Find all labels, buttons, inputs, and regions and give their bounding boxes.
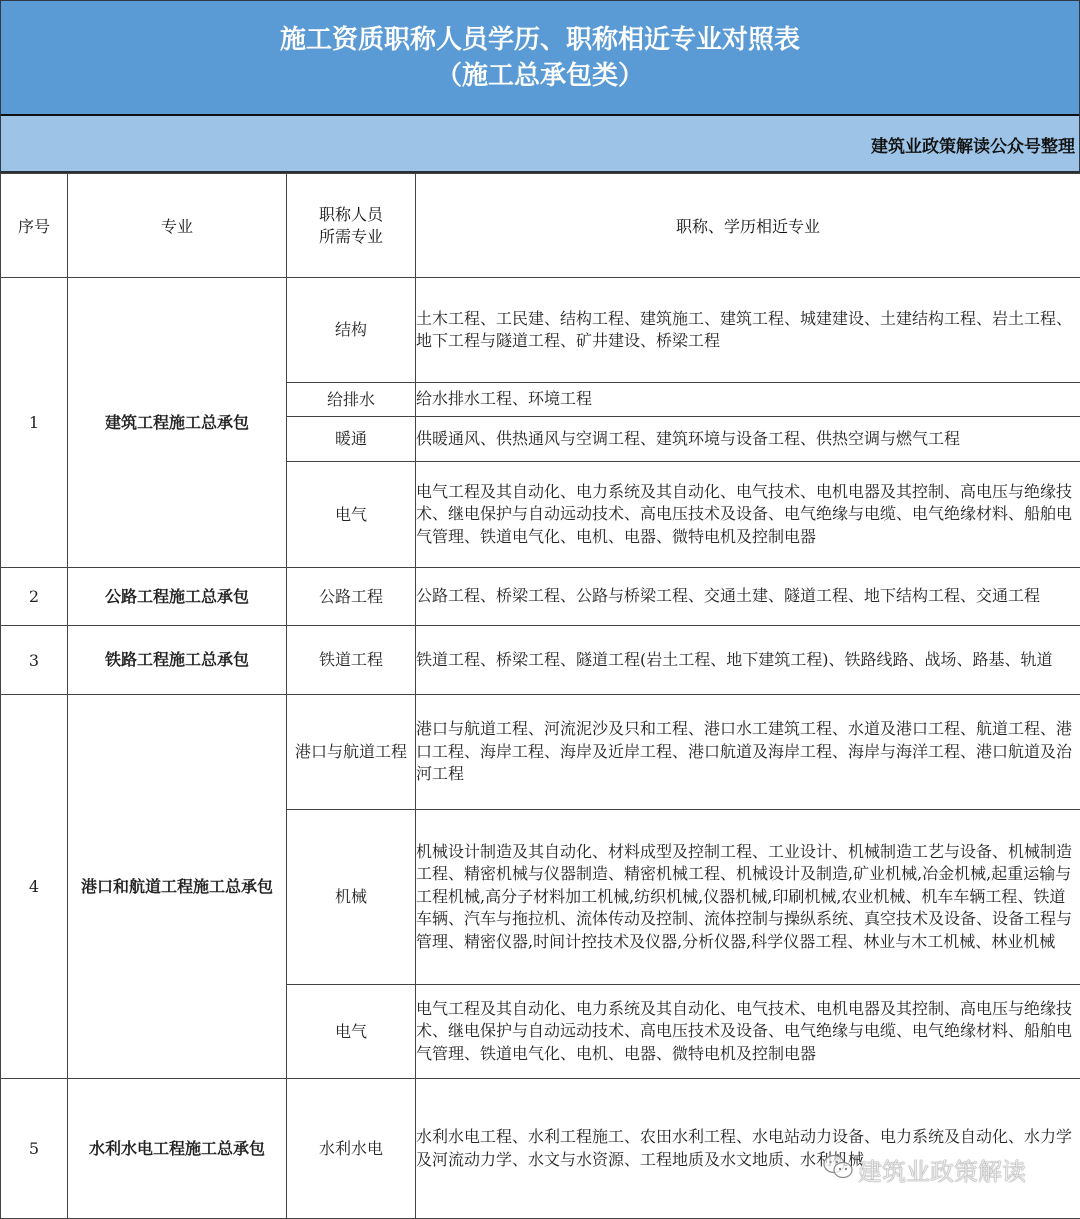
related-cell: 机械设计制造及其自动化、材料成型及控制工程、工业设计、机械制造工艺与设备、机械制… [416,810,1080,985]
column-header-index: 序号 [1,174,68,278]
row-index: 2 [1,568,68,626]
category-cell: 公路工程施工总承包 [68,568,287,626]
row-index: 3 [1,626,68,695]
related-cell: 供暖通风、供热通风与空调工程、建筑环境与设备工程、供热空调与燃气工程 [416,417,1080,462]
column-header-specialty-line1: 职称人员 [287,204,415,226]
related-cell: 港口与航道工程、河流泥沙及只和工程、港口水工建筑工程、水道及港口工程、航道工程、… [416,695,1080,810]
specialty-cell: 港口与航道工程 [287,695,416,810]
related-cell: 公路工程、桥梁工程、公路与桥梁工程、交通土建、隧道工程、地下结构工程、交通工程 [416,568,1080,626]
source-banner: 建筑业政策解读公众号整理 [0,116,1080,173]
related-cell: 铁道工程、桥梁工程、隧道工程(岩土工程、地下建筑工程)、铁路线路、战场、路基、轨… [416,626,1080,695]
table-row: 2 公路工程施工总承包 公路工程 公路工程、桥梁工程、公路与桥梁工程、交通土建、… [1,568,1080,626]
specialty-cell: 机械 [287,810,416,985]
table-header-row: 序号 专业 职称人员 所需专业 职称、学历相近专业 [1,174,1080,278]
row-index: 1 [1,278,68,568]
specialty-cell: 水利水电 [287,1079,416,1219]
specialty-cell: 电气 [287,985,416,1079]
watermark: 建筑业政策解读 [822,1152,1026,1187]
specialty-cell: 铁道工程 [287,626,416,695]
related-cell: 给水排水工程、环境工程 [416,383,1080,417]
wechat-icon [822,1153,858,1187]
source-note: 建筑业政策解读公众号整理 [871,132,1079,157]
row-index: 4 [1,695,68,1079]
column-header-related: 职称、学历相近专业 [416,174,1080,278]
title-banner: 施工资质职称人员学历、职称相近专业对照表 （施工总承包类） [0,0,1080,117]
related-cell: 电气工程及其自动化、电力系统及其自动化、电气技术、电机电器及其控制、高电压与绝缘… [416,462,1080,568]
comparison-table: 序号 专业 职称人员 所需专业 职称、学历相近专业 1 建筑工程施工总承包 结构… [0,173,1080,1219]
column-header-specialty: 职称人员 所需专业 [287,174,416,278]
category-cell: 港口和航道工程施工总承包 [68,695,287,1079]
row-index: 5 [1,1079,68,1219]
category-cell: 铁路工程施工总承包 [68,626,287,695]
table-row: 1 建筑工程施工总承包 结构 土木工程、工民建、结构工程、建筑施工、建筑工程、城… [1,278,1080,383]
specialty-cell: 结构 [287,278,416,383]
table-row: 3 铁路工程施工总承包 铁道工程 铁道工程、桥梁工程、隧道工程(岩土工程、地下建… [1,626,1080,695]
column-header-specialty-line2: 所需专业 [287,226,415,248]
table-row: 4 港口和航道工程施工总承包 港口与航道工程 港口与航道工程、河流泥沙及只和工程… [1,695,1080,810]
page-title: 施工资质职称人员学历、职称相近专业对照表 [280,22,800,58]
watermark-text: 建筑业政策解读 [858,1152,1026,1187]
specialty-cell: 暖通 [287,417,416,462]
related-cell: 水利水电工程、水利工程施工、农田水利工程、水电站动力设备、电力系统及自动化、水力… [416,1079,1080,1219]
category-cell: 建筑工程施工总承包 [68,278,287,568]
specialty-cell: 公路工程 [287,568,416,626]
specialty-cell: 给排水 [287,383,416,417]
table-row: 5 水利水电工程施工总承包 水利水电 水利水电工程、水利工程施工、农田水利工程、… [1,1079,1080,1219]
page-subtitle: （施工总承包类） [436,58,644,94]
related-cell: 土木工程、工民建、结构工程、建筑施工、建筑工程、城建建设、土建结构工程、岩土工程… [416,278,1080,383]
specialty-cell: 电气 [287,462,416,568]
column-header-category: 专业 [68,174,287,278]
category-cell: 水利水电工程施工总承包 [68,1079,287,1219]
related-cell: 电气工程及其自动化、电力系统及其自动化、电气技术、电机电器及其控制、高电压与绝缘… [416,985,1080,1079]
